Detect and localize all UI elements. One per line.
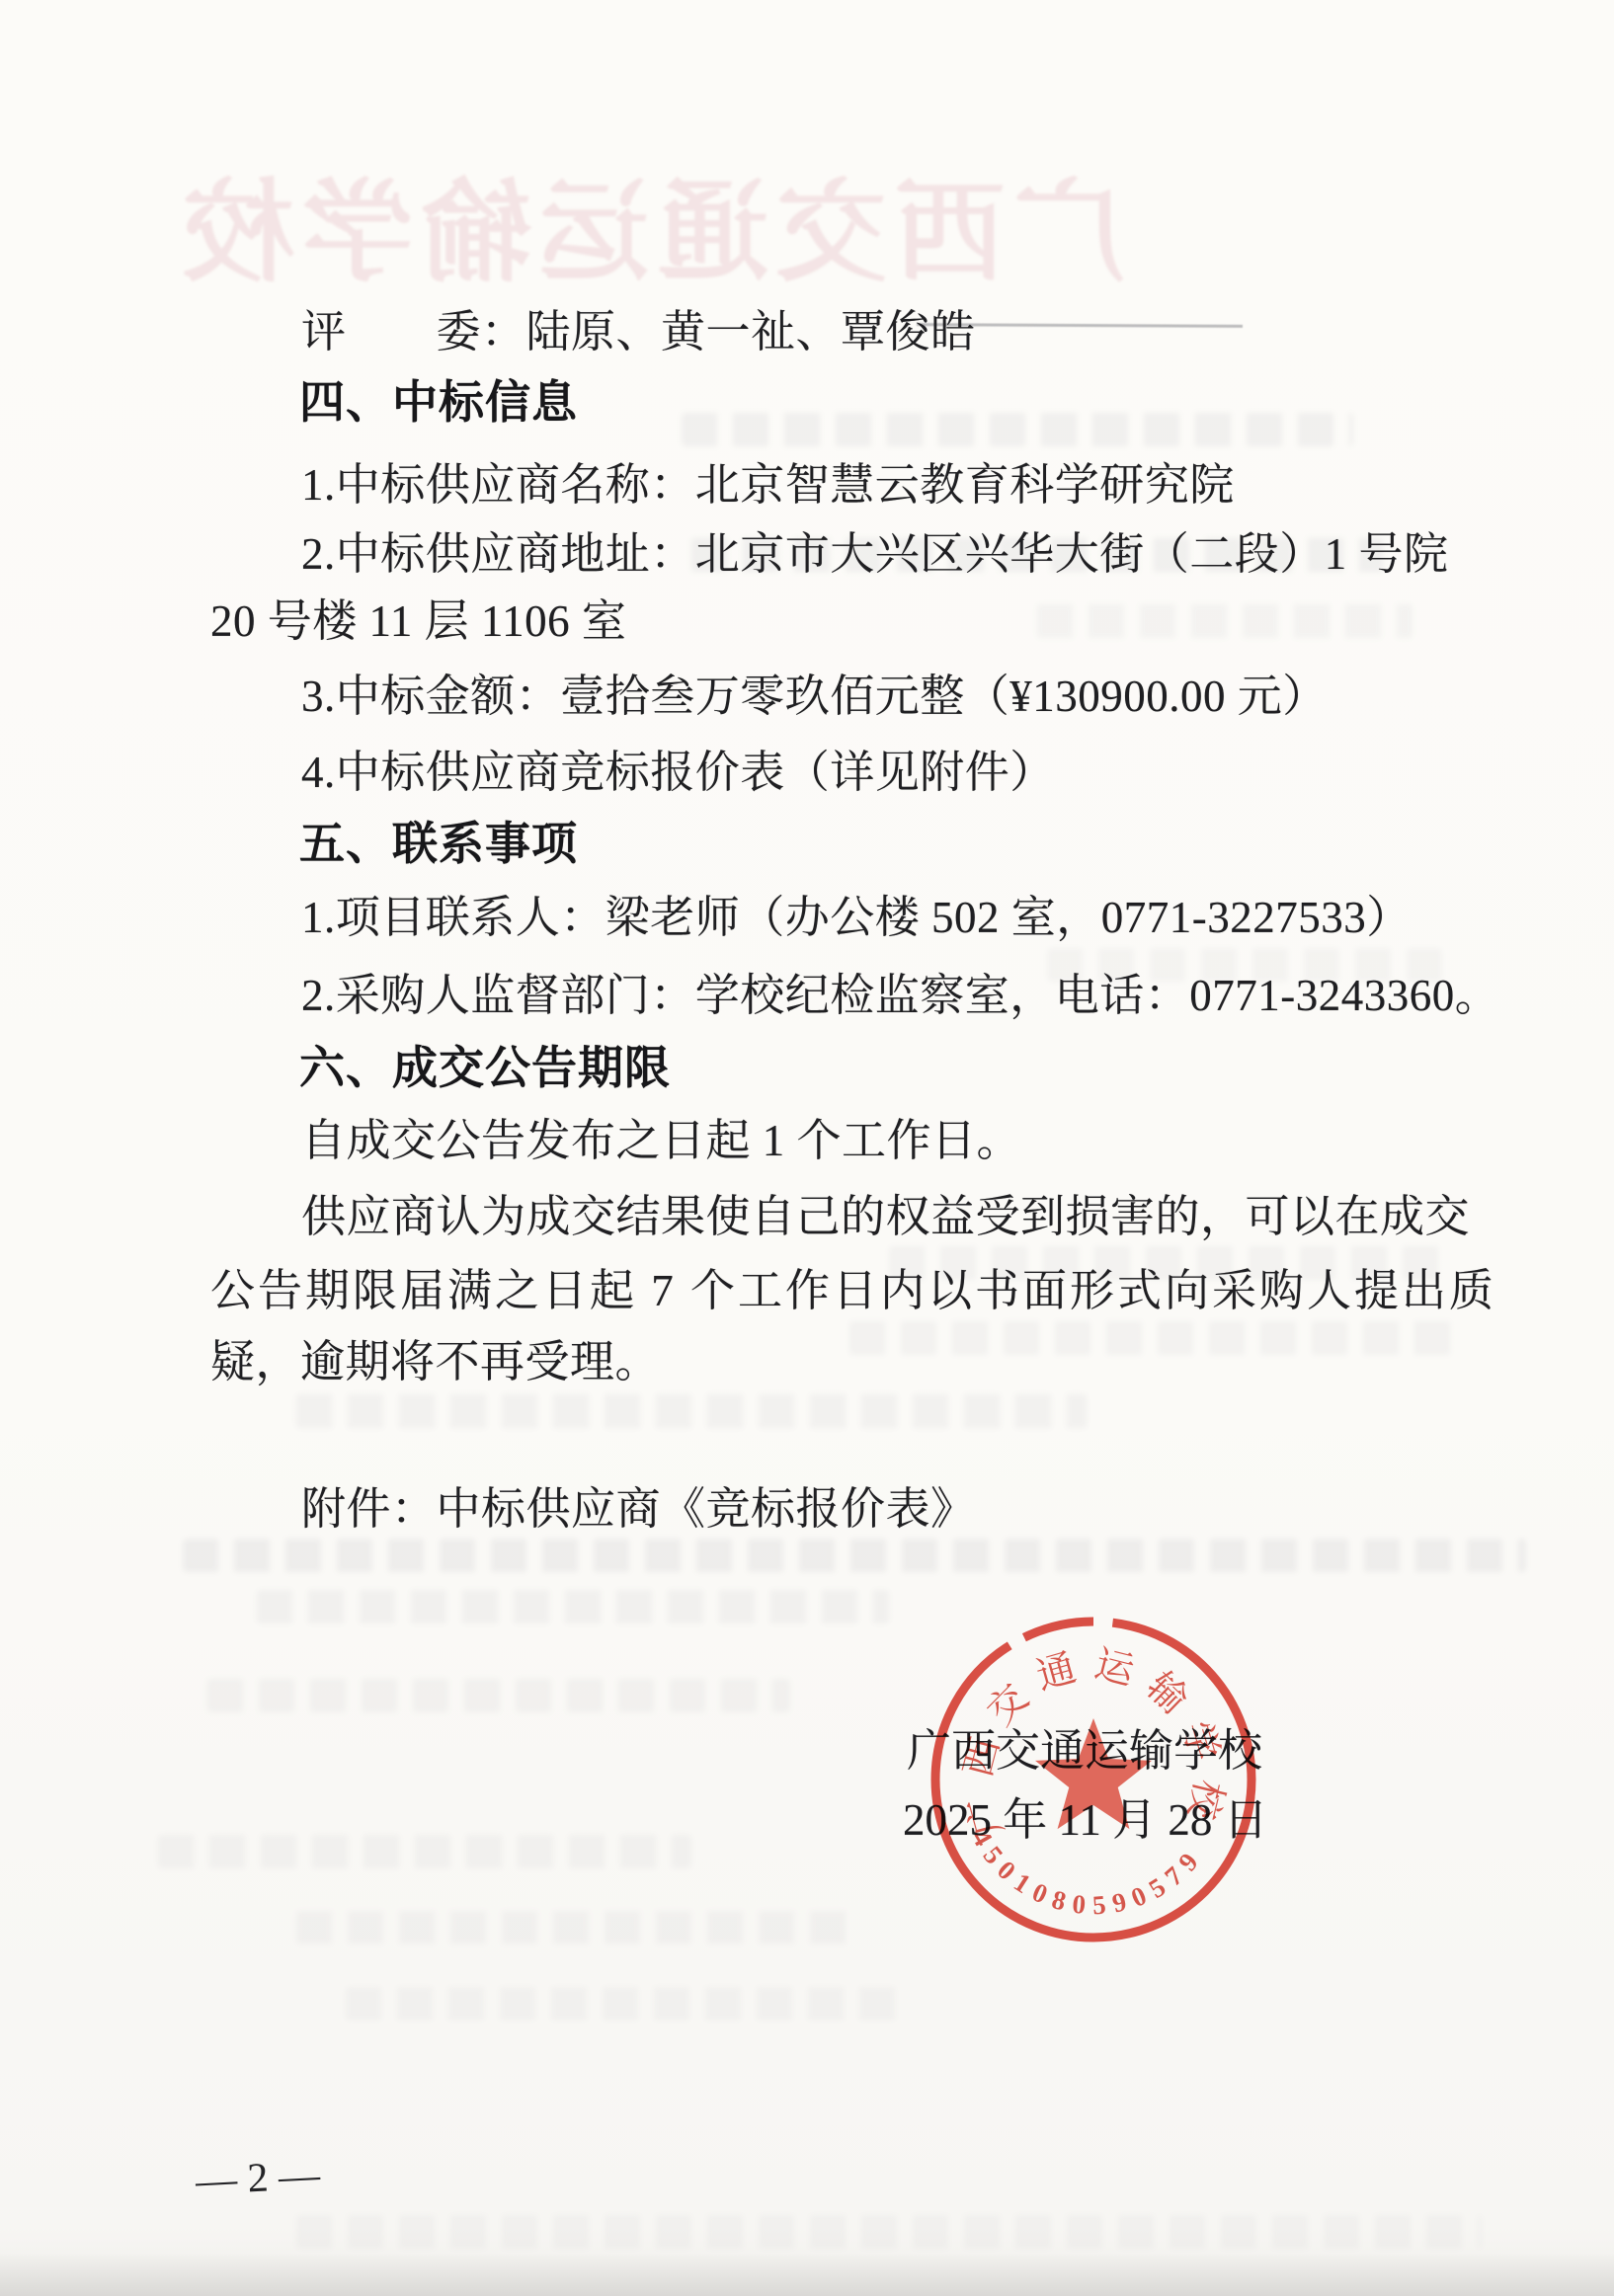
project-contact: 1.项目联系人：梁老师（办公楼 502 室，0771-3227533） xyxy=(301,892,1412,943)
attachment-line: 附件：中标供应商《竞标报价表》 xyxy=(301,1483,976,1535)
bleed-through-smudge xyxy=(849,1321,1462,1355)
bleed-through-smudge xyxy=(346,1987,899,2020)
bleed-through-smudge xyxy=(257,1590,889,1623)
committee-line: 评 委：陆原、黄一祉、覃俊皓 xyxy=(301,306,976,357)
winning-supplier-address-cont: 20 号楼 11 层 1106 室 xyxy=(210,595,626,647)
page-number: — 2 — xyxy=(195,2152,321,2206)
seal-star-icon xyxy=(1035,1718,1152,1829)
scanned-document-page: 广西交通运输学校 评 委：陆原、黄一祉、覃俊皓 四、中标信息 1.中标供应商名称… xyxy=(0,0,1614,2296)
objection-paragraph-line3: 疑，逾期将不再受理。 xyxy=(210,1336,660,1387)
bleed-through-smudge xyxy=(158,1835,691,1868)
section-heading-6: 六、成交公告期限 xyxy=(299,1042,671,1094)
scan-edge-shadow xyxy=(0,2253,1614,2296)
section-heading-4: 四、中标信息 xyxy=(299,376,578,429)
bleed-through-smudge xyxy=(296,1911,849,1944)
winning-supplier-address: 2.中标供应商地址：北京市大兴区兴华大街（二段）1 号院 xyxy=(301,528,1449,580)
announcement-period: 自成交公告发布之日起 1 个工作日。 xyxy=(301,1115,1021,1166)
section-heading-5: 五、联系事项 xyxy=(299,818,578,870)
bleed-through-title: 广西交通运输学校 xyxy=(176,144,1124,303)
bleed-through-smudge xyxy=(296,2215,1482,2249)
objection-paragraph-line1: 供应商认为成交结果使自己的权益受到损害的，可以在成交 xyxy=(301,1191,1470,1242)
winning-supplier-name: 1.中标供应商名称：北京智慧云教育科学研究院 xyxy=(301,459,1235,511)
winning-bid-amount: 3.中标金额：壹拾叁万零玖佰元整（¥130900.00 元） xyxy=(301,671,1328,722)
supervision-department: 2.采购人监督部门：学校纪检监察室，电话：0771-3243360。 xyxy=(301,970,1499,1021)
bleed-through-smudge xyxy=(183,1539,1526,1572)
bleed-through-smudge xyxy=(296,1394,1087,1428)
objection-paragraph-line2: 公告期限届满之日起 7 个工作日内以书面形式向采购人提出质 xyxy=(210,1265,1496,1316)
bid-quotation-table-note: 4.中标供应商竞标报价表（详见附件） xyxy=(301,747,1055,798)
bleed-through-smudge xyxy=(682,413,1353,446)
official-seal: 广西交通运输学校 4501080590579 xyxy=(906,1592,1281,1967)
bleed-through-smudge xyxy=(207,1679,790,1712)
bleed-through-smudge xyxy=(1037,604,1412,638)
